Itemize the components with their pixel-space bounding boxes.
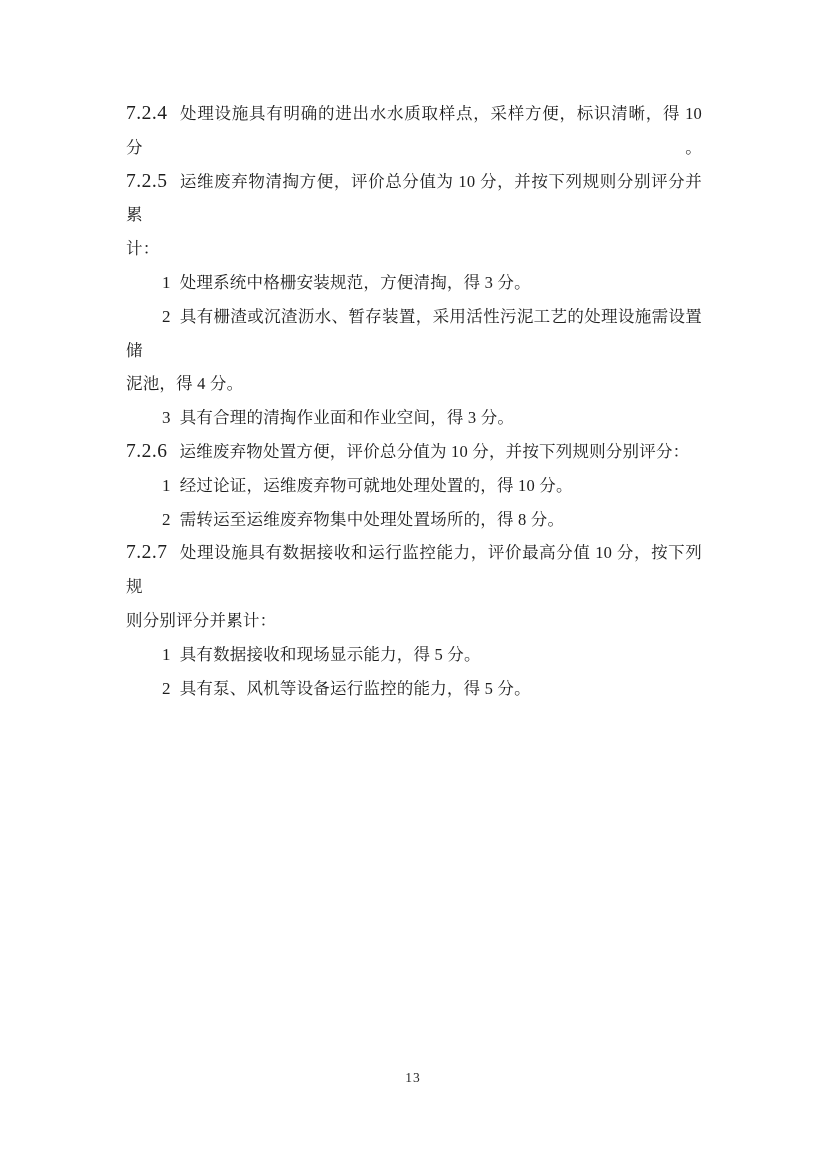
item-text: 具有合理的清掏作业面和作业空间，得 3 分。 xyxy=(180,408,514,427)
item-number: 2 xyxy=(162,679,171,698)
item-number: 1 xyxy=(162,476,171,495)
item-text: 需转运至运维废弃物集中处理处置场所的，得 8 分。 xyxy=(180,510,565,529)
clause-7-2-7-line-1: 7.2.7处理设施具有数据接收和运行监控能力，评价最高分值 10 分，按下列规 xyxy=(126,536,702,604)
item-number: 2 xyxy=(162,307,171,326)
clause-7-2-7-item-2: 2具有泵、风机等设备运行监控的能力，得 5 分。 xyxy=(126,672,702,706)
document-body: 7.2.4处理设施具有明确的进出水水质取样点，采样方便，标识清晰，得 10 分。… xyxy=(126,97,702,705)
clause-7-2-7-line-2: 则分别评分并累计： xyxy=(126,604,702,638)
clause-7-2-5-item-2-line-1: 2具有栅渣或沉渣沥水、暂存装置，采用活性污泥工艺的处理设施需设置储 xyxy=(126,300,702,368)
item-text: 具有栅渣或沉渣沥水、暂存装置，采用活性污泥工艺的处理设施需设置储 xyxy=(126,307,702,360)
item-text: 处理系统中格栅安装规范，方便清掏，得 3 分。 xyxy=(180,273,531,292)
item-number: 3 xyxy=(162,408,171,427)
clause-number: 7.2.6 xyxy=(126,441,168,462)
item-text: 泥池，得 4 分。 xyxy=(126,374,243,393)
item-text: 具有泵、风机等设备运行监控的能力，得 5 分。 xyxy=(180,679,531,698)
clause-7-2-5-item-3: 3具有合理的清掏作业面和作业空间，得 3 分。 xyxy=(126,401,702,435)
item-number: 1 xyxy=(162,273,171,292)
clause-text: 则分别评分并累计： xyxy=(126,611,276,630)
clause-text: 处理设施具有明确的进出水水质取样点，采样方便，标识清晰，得 10 分。 xyxy=(126,104,702,157)
page-number: 13 xyxy=(0,1070,826,1086)
clause-7-2-6-item-1: 1经过论证，运维废弃物可就地处理处置的，得 10 分。 xyxy=(126,469,702,503)
item-number: 1 xyxy=(162,645,171,664)
clause-7-2-5-item-2-line-2: 泥池，得 4 分。 xyxy=(126,367,702,401)
item-number: 2 xyxy=(162,510,171,529)
clause-7-2-5-item-1: 1处理系统中格栅安装规范，方便清掏，得 3 分。 xyxy=(126,266,702,300)
item-text: 经过论证，运维废弃物可就地处理处置的，得 10 分。 xyxy=(180,476,573,495)
clause-7-2-6-item-2: 2需转运至运维废弃物集中处理处置场所的，得 8 分。 xyxy=(126,503,702,537)
clause-number: 7.2.7 xyxy=(126,542,168,563)
clause-number: 7.2.5 xyxy=(126,171,168,192)
clause-7-2-5-line-1: 7.2.5运维废弃物清掏方便，评价总分值为 10 分，并按下列规则分别评分并累 xyxy=(126,165,702,233)
clause-text: 运维废弃物清掏方便，评价总分值为 10 分，并按下列规则分别评分并累 xyxy=(126,172,702,225)
clause-text: 处理设施具有数据接收和运行监控能力，评价最高分值 10 分，按下列规 xyxy=(126,543,702,596)
document-page: 7.2.4处理设施具有明确的进出水水质取样点，采样方便，标识清晰，得 10 分。… xyxy=(0,0,826,1169)
clause-text: 计： xyxy=(126,239,159,258)
clause-text: 运维废弃物处置方便，评价总分值为 10 分，并按下列规则分别评分： xyxy=(180,442,690,461)
clause-7-2-5-line-2: 计： xyxy=(126,232,702,266)
clause-7-2-6: 7.2.6运维废弃物处置方便，评价总分值为 10 分，并按下列规则分别评分： xyxy=(126,435,702,469)
clause-7-2-4: 7.2.4处理设施具有明确的进出水水质取样点，采样方便，标识清晰，得 10 分。 xyxy=(126,97,702,165)
clause-7-2-7-item-1: 1具有数据接收和现场显示能力，得 5 分。 xyxy=(126,638,702,672)
item-text: 具有数据接收和现场显示能力，得 5 分。 xyxy=(180,645,481,664)
clause-number: 7.2.4 xyxy=(126,103,168,124)
